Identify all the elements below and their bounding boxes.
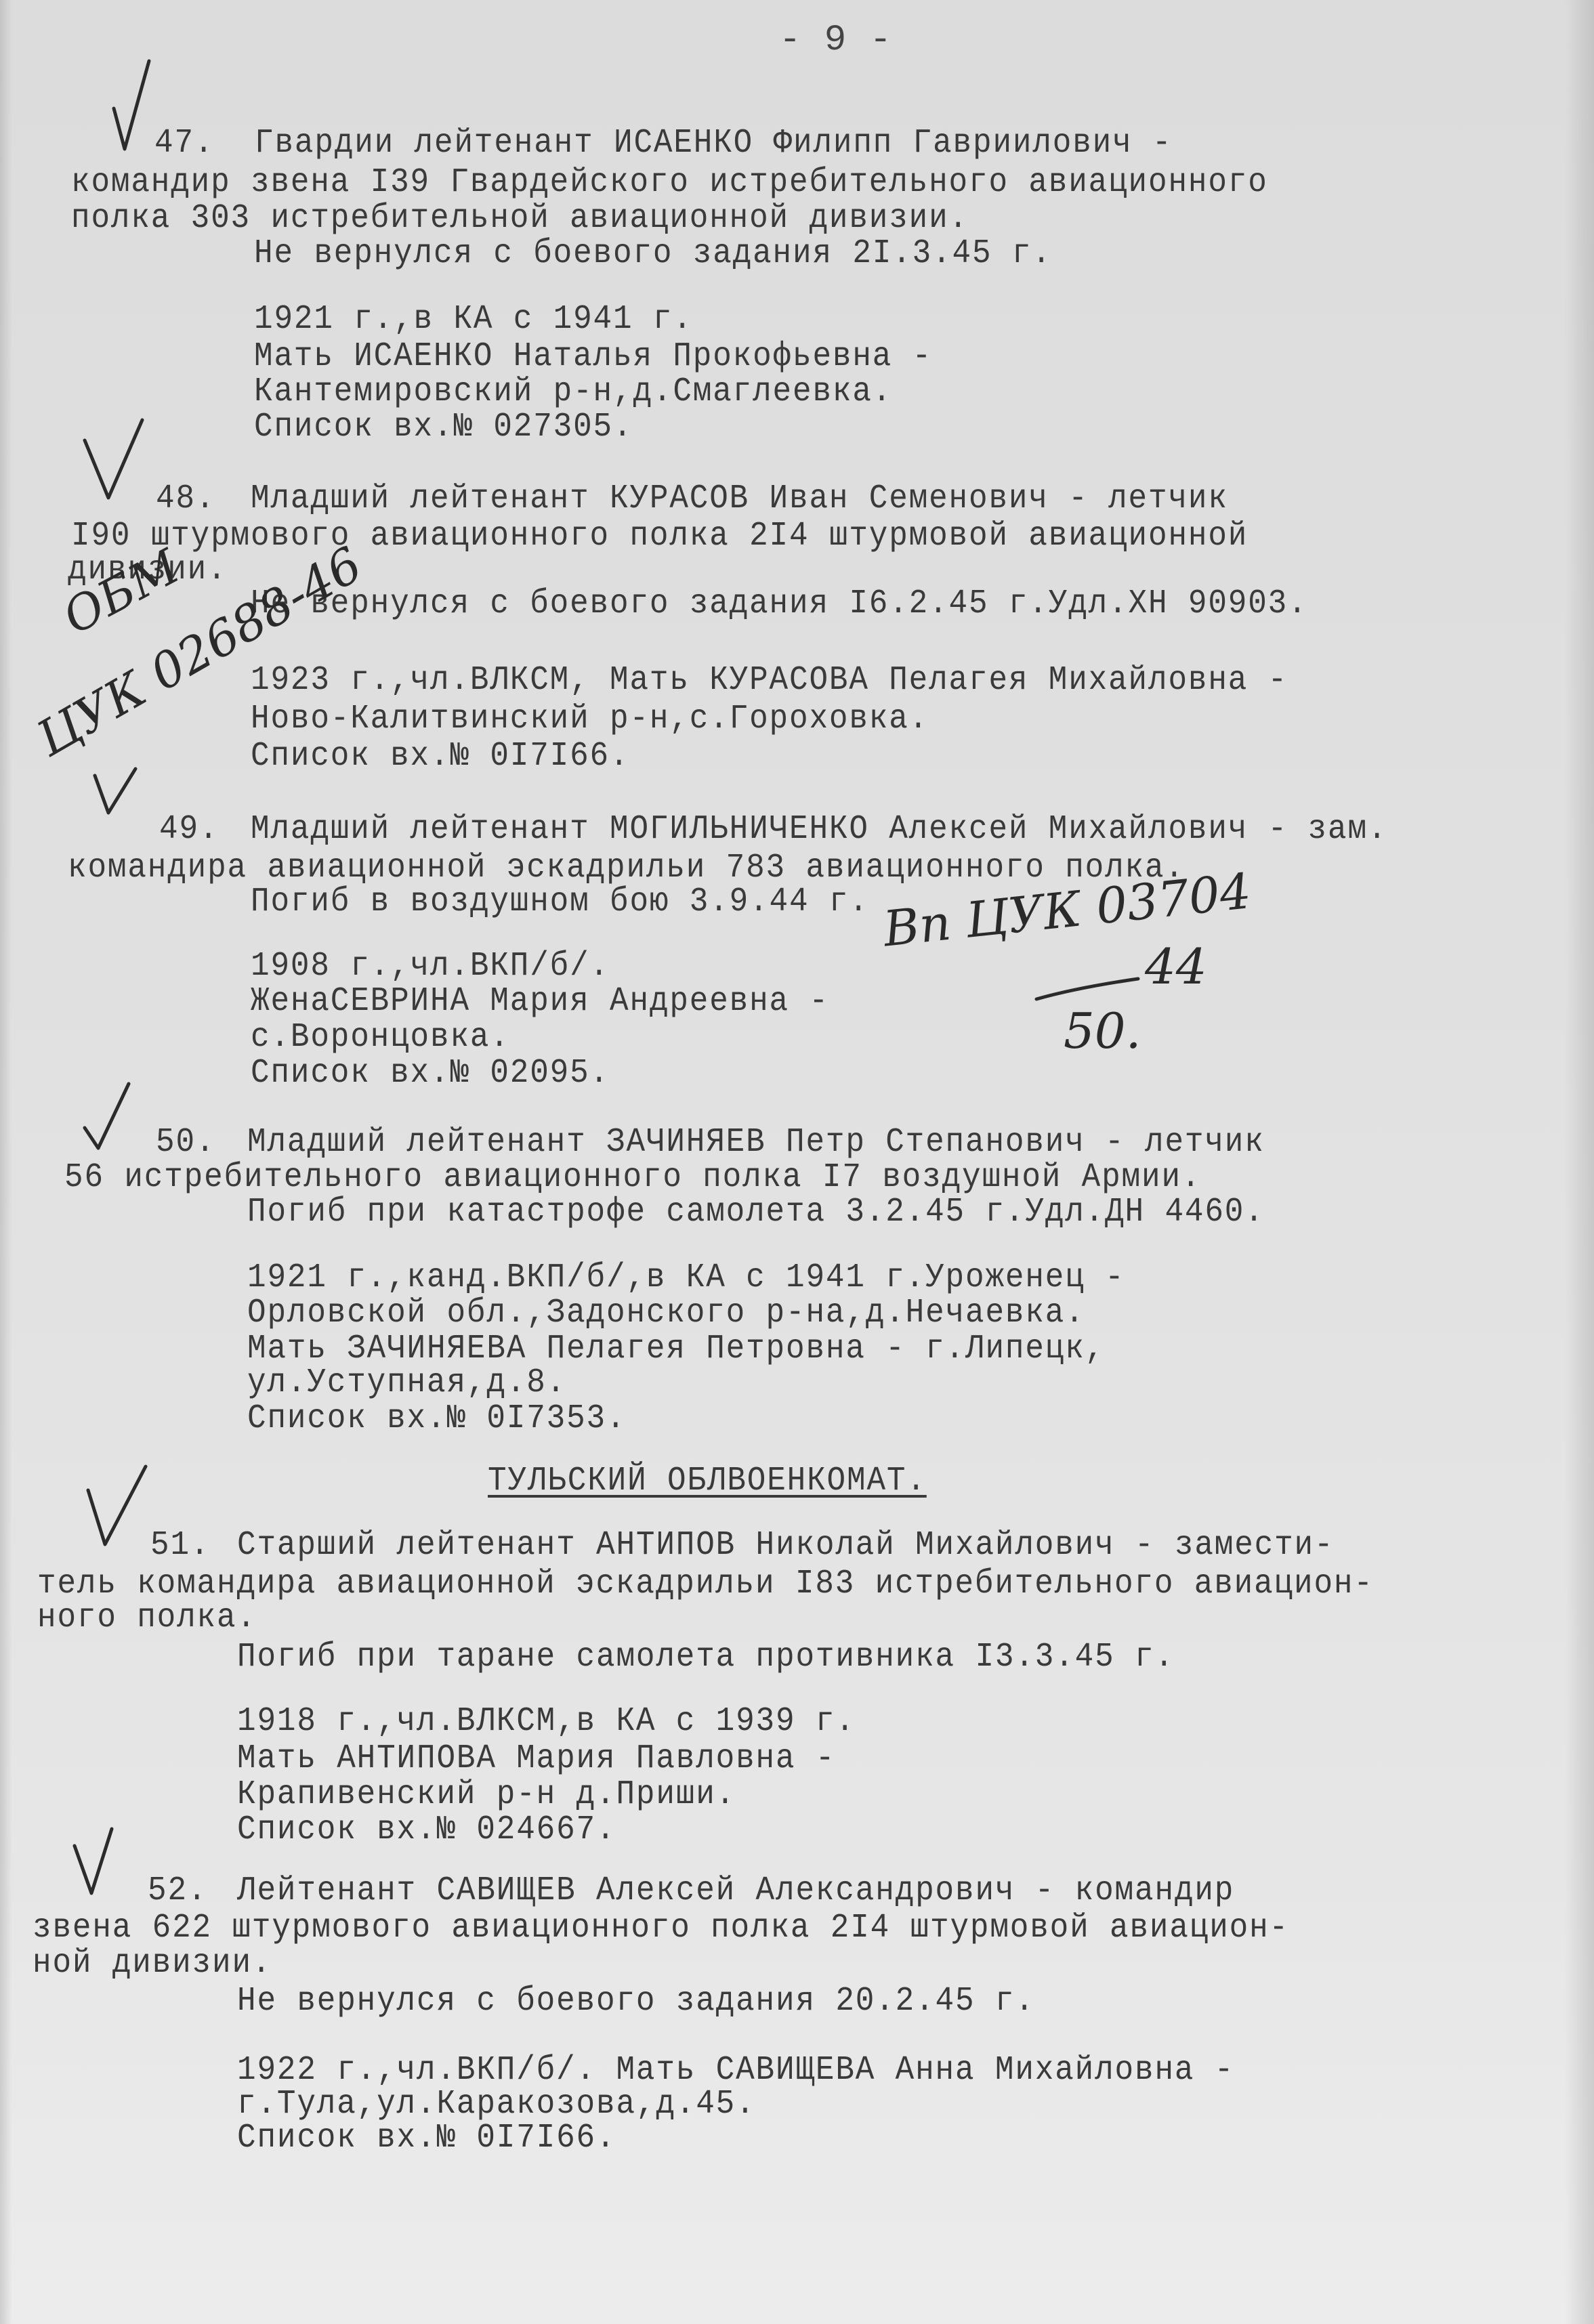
entry-48-line: Ново-Калитвинский р-н,с.Гороховка. (251, 701, 929, 738)
entry-47-line: Мать ИСАЕНКО Наталья Прокофьевна - (254, 339, 932, 375)
entry-51-line: Мать АНТИПОВА Мария Павловна - (237, 1741, 835, 1777)
checkmark-icon (81, 1080, 142, 1155)
entry-52-line: 1922 г.,чл.ВКП/б/. Мать САВИЩЕВА Анна Ми… (237, 2052, 1234, 2089)
entry-52-line: Не вернулся с боевого задания 20.2.45 г. (237, 1983, 1035, 2020)
entry-50-line: Погиб при катастрофе самолета 3.2.45 г.У… (247, 1194, 1265, 1231)
entry-48-line: Младший лейтенант КУРАСОВ Иван Семенович… (251, 481, 1228, 517)
entry-49-line: Список вх.№ 02095. (251, 1055, 610, 1092)
entry-52-line: ной дивизии. (33, 1945, 272, 1982)
entry-48-line: I90 штурмового авиационного полка 2I4 шт… (71, 518, 1248, 555)
entry-49-line: командира авиационной эскадрильи 783 ави… (68, 850, 1185, 887)
checkmark-icon (81, 1463, 156, 1551)
entry-52-number: 52. (148, 1873, 207, 1909)
entry-47-line: 1921 г.,в КА с 1941 г. (254, 301, 693, 338)
entry-50-line: Мать ЗАЧИНЯЕВА Пелагея Петровна - г.Липе… (247, 1331, 1105, 1368)
handwritten-fraction-top: 44 (1145, 938, 1207, 995)
entry-51-line: 1918 г.,чл.ВЛКСМ,в КА с 1939 г. (237, 1704, 856, 1740)
entry-47-line: Список вх.№ 027305. (254, 409, 633, 446)
fraction-line (1036, 975, 1145, 1002)
entry-51-line: ного полка. (37, 1600, 257, 1636)
entry-51-line: Погиб при таране самолета противника I3.… (237, 1639, 1175, 1676)
entry-49-line: 1908 г.,чл.ВКП/б/. (251, 948, 610, 985)
entry-51-number: 51. (150, 1527, 210, 1564)
entry-51-line: Список вх.№ 024667. (237, 1812, 616, 1848)
entry-47-line: полка 303 истребительной авиационной див… (71, 200, 969, 237)
entry-49-line: Младший лейтенант МОГИЛЬНИЧЕНКО Алексей … (251, 811, 1387, 848)
entry-48-line: 1923 г.,чл.ВЛКСМ, Мать КУРАСОВА Пелагея … (251, 662, 1288, 699)
entry-47-line: Не вернулся с боевого задания 2I.3.45 г. (254, 236, 1052, 272)
entry-48-line: Не вернулся с боевого задания I6.2.45 г.… (251, 586, 1308, 622)
entry-49-line: с.Воронцовка. (251, 1019, 510, 1056)
entry-51-line: Крапивенский р-н д.Приши. (237, 1777, 736, 1813)
document-page: - 9 - 47. Гвардии лейтенант ИСАЕНКО Фили… (0, 0, 1594, 2324)
page-number: - 9 - (779, 22, 892, 60)
entry-51-line: Старший лейтенант АНТИПОВ Николай Михайл… (237, 1527, 1334, 1564)
entry-50-line: Орловской обл.,Задонского р-на,д.Нечаевк… (247, 1295, 1085, 1332)
entry-50-line: 56 истребительного авиационного полка I7… (64, 1160, 1201, 1196)
entry-47-number: 47. (154, 125, 214, 162)
entry-49-line: Погиб в воздушном бою 3.9.44 г. (251, 884, 869, 921)
entry-51-line: тель командира авиационной эскадрильи I8… (37, 1566, 1374, 1603)
entry-52-line: Лейтенант САВИЩЕВ Алексей Александрович … (237, 1873, 1234, 1909)
entry-52-line: Список вх.№ 0I7I66. (237, 2120, 616, 2157)
entry-52-line: звена 622 штурмового авиационного полка … (33, 1910, 1289, 1947)
entry-47-line: командир звена I39 Гвардейского истребит… (71, 165, 1268, 201)
entry-47-line: Гвардии лейтенант ИСАЕНКО Филипп Гавриил… (255, 125, 1172, 162)
section-heading: ТУЛЬСКИЙ ОБЛВОЕНКОМАТ. (488, 1462, 927, 1500)
entry-49-number: 49. (159, 811, 219, 848)
entry-50-line: Младший лейтенант ЗАЧИНЯЕВ Петр Степанов… (247, 1124, 1265, 1161)
handwritten-fraction-bottom: 50. (1064, 1002, 1141, 1059)
entry-50-line: ул.Уступная,д.8. (247, 1365, 566, 1401)
checkmark-icon (71, 1829, 125, 1903)
entry-50-line: Список вх.№ 0I7353. (247, 1401, 626, 1437)
checkmark-icon (81, 417, 156, 505)
entry-52-line: г.Тула,ул.Каракозова,д.45. (237, 2086, 756, 2123)
entry-50-line: 1921 г.,канд.ВКП/б/,в КА с 1941 г.Урожен… (247, 1260, 1125, 1296)
entry-50-number: 50. (156, 1124, 215, 1161)
entry-48-line: Список вх.№ 0I7I66. (251, 738, 629, 775)
entry-47-line: Кантемировский р-н,д.Смаглеевка. (254, 374, 892, 410)
entry-48-number: 48. (156, 481, 215, 517)
entry-49-line: ЖенаСЕВРИНА Мария Андреевна - (251, 984, 829, 1020)
checkmark-icon (88, 762, 142, 816)
